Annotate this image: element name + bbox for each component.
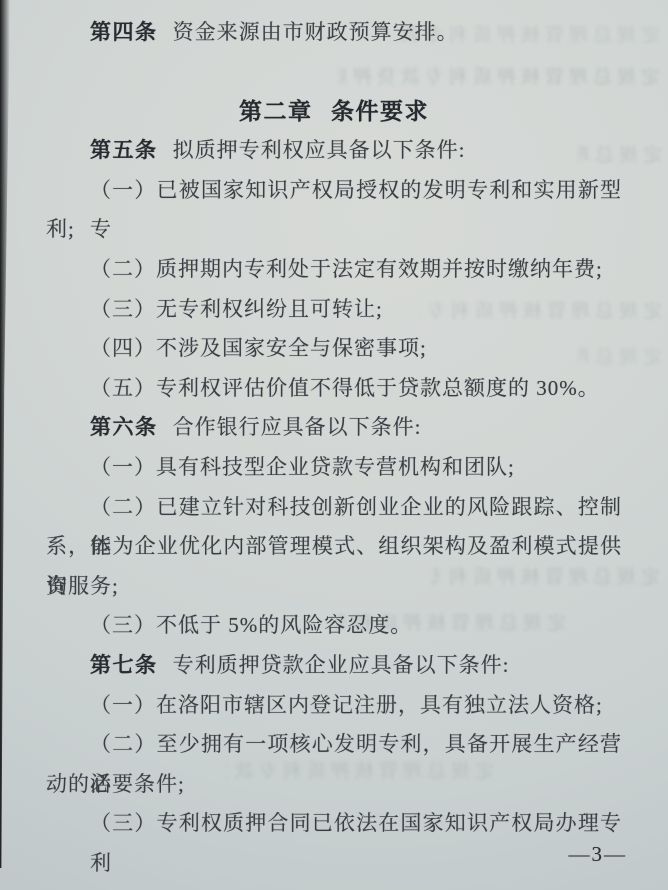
list-item-line: （二）已建立针对科技创新创业企业的风险跟踪、控制体 bbox=[46, 488, 622, 528]
page-number: —3— bbox=[569, 842, 628, 867]
article-text: 资金来源由市财政预算安排。 bbox=[173, 20, 459, 44]
chapter-number: 第二章 bbox=[239, 99, 313, 124]
continuation-line: 动的必要条件; bbox=[46, 765, 622, 805]
article-text: 专利质押贷款企业应具备以下条件: bbox=[173, 653, 510, 677]
article-line: 第七条专利质押贷款企业应具备以下条件: bbox=[46, 646, 622, 686]
list-item-line: （一）具有科技型企业贷款专营机构和团队; bbox=[46, 448, 622, 488]
article-number: 第四条 bbox=[90, 20, 158, 44]
article-text: 合作银行应具备以下条件: bbox=[173, 415, 422, 439]
list-item-line: （一）已被国家知识产权局授权的发明专利和实用新型专 bbox=[46, 171, 622, 211]
chapter-title: 条件要求 bbox=[331, 99, 429, 124]
article-line: 第六条合作银行应具备以下条件: bbox=[46, 408, 622, 448]
list-item-line: （三）专利权质押合同已依法在国家知识产权局办理专利 bbox=[46, 804, 622, 844]
list-item-line: （三）不低于 5%的风险容忍度。 bbox=[46, 606, 622, 646]
chapter-heading: 第二章条件要求 bbox=[46, 92, 622, 132]
list-item-line: （三）无专利权纠纷且可转让; bbox=[46, 290, 622, 330]
document-body: 第四条资金来源由市财政预算安排。 第二章条件要求 第五条拟质押专利权应具备以下条… bbox=[46, 13, 622, 844]
continuation-line: 利; bbox=[46, 210, 622, 250]
scan-edge-shadow bbox=[0, 0, 10, 868]
article-number: 第七条 bbox=[90, 653, 158, 677]
list-item-line: （四）不涉及国家安全与保密事项; bbox=[46, 329, 622, 369]
list-item-line: （五）专利权评估价值不得低于贷款总额度的 30%。 bbox=[46, 369, 622, 409]
article-line: 第四条资金来源由市财政预算安排。 bbox=[46, 13, 622, 53]
article-text: 拟质押专利权应具备以下条件: bbox=[173, 138, 466, 162]
article-number: 第六条 bbox=[90, 415, 158, 439]
list-item-line: （二）至少拥有一项核心发明专利，具备开展生产经营活 bbox=[46, 725, 622, 765]
article-line: 第五条拟质押专利权应具备以下条件: bbox=[46, 131, 622, 171]
list-item-line: （二）质押期内专利处于法定有效期并按时缴纳年费; bbox=[46, 250, 622, 290]
scanned-document-page: 定规总理管核押质利专款贷押质利专业企行银作合求要件条 定规总理管核押质利专款贷押… bbox=[0, 0, 668, 890]
article-number: 第五条 bbox=[90, 138, 158, 162]
continuation-line: 询服务; bbox=[46, 567, 622, 607]
list-item-line: （一）在洛阳市辖区内登记注册，具有独立法人资格; bbox=[46, 686, 622, 726]
continuation-line: 系，能为企业优化内部管理模式、组织架构及盈利模式提供资 bbox=[46, 527, 622, 567]
